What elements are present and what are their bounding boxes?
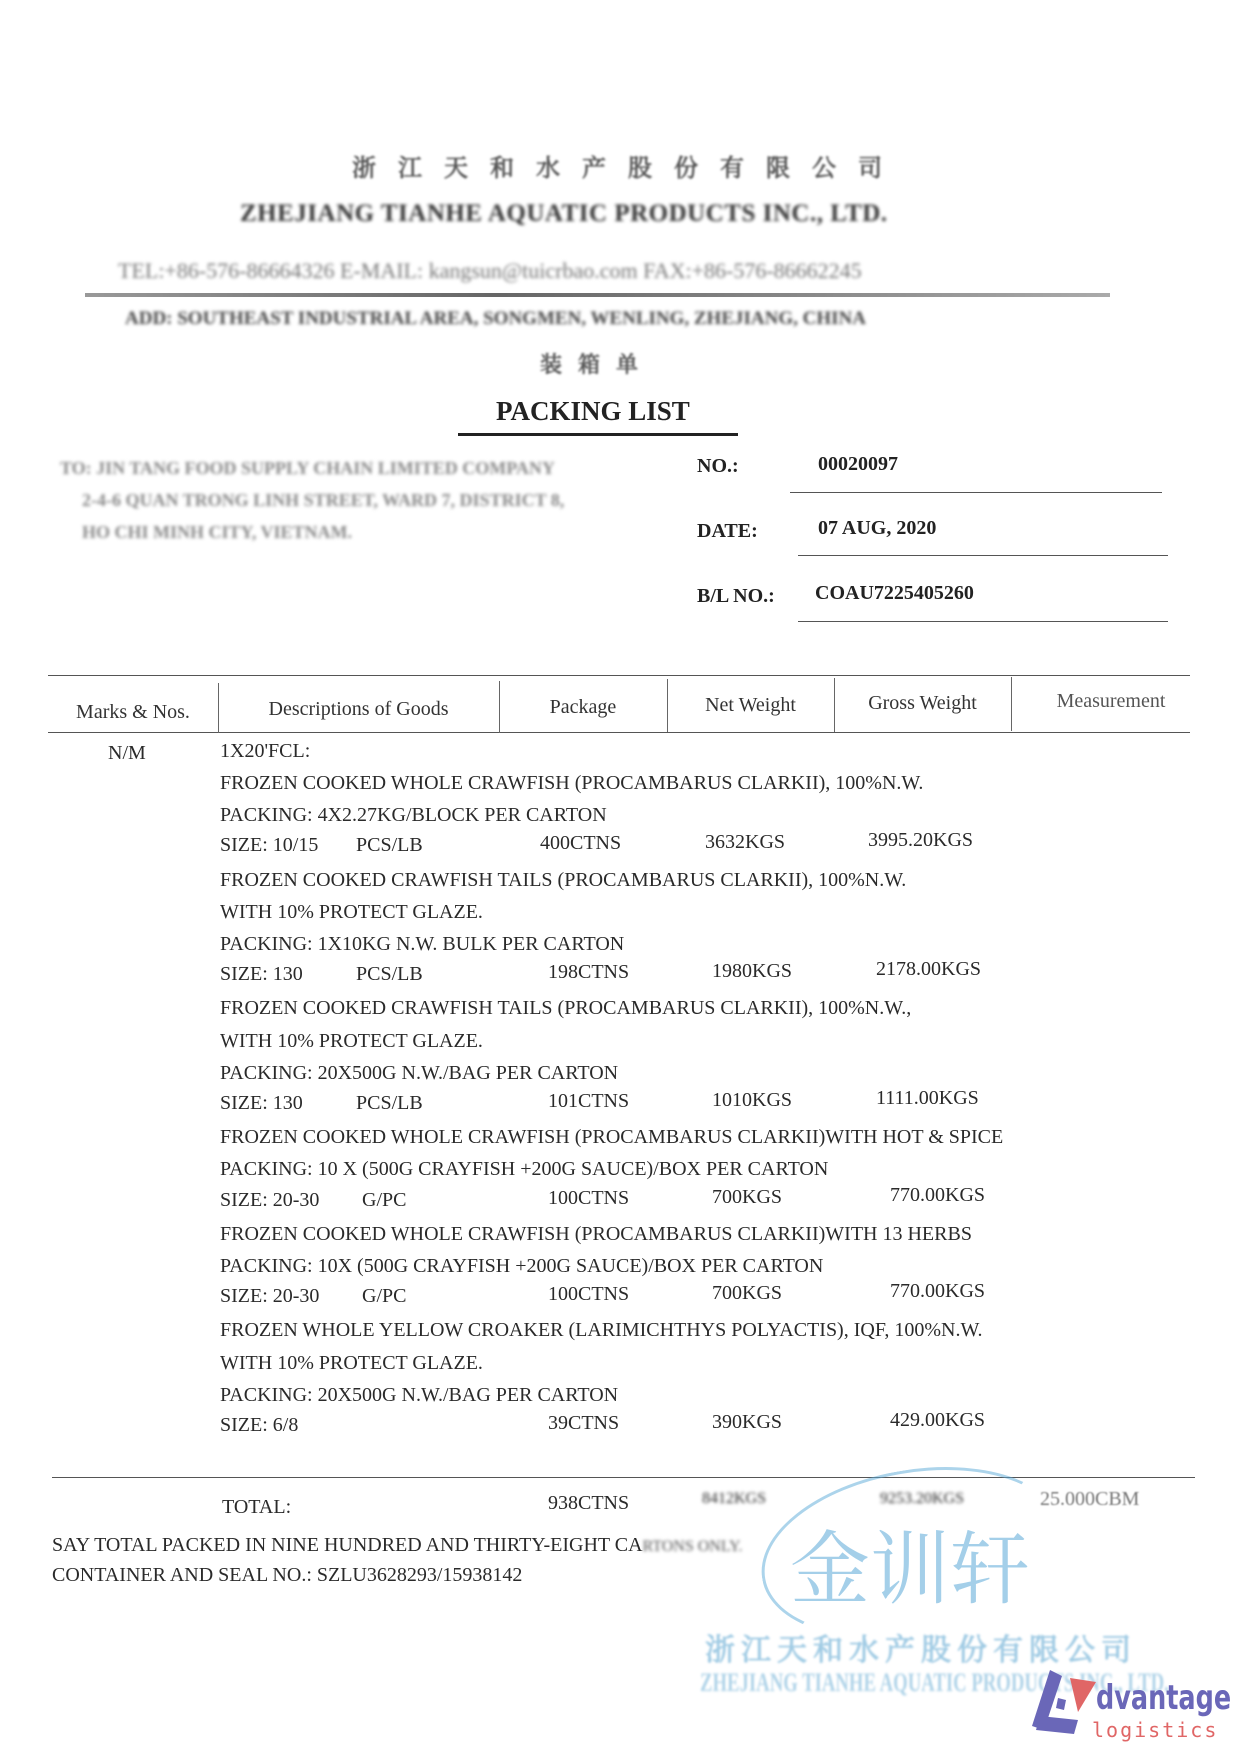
goods-description-line: FROZEN COOKED WHOLE CRAWFISH (PROCAMBARU… xyxy=(220,1223,972,1246)
company-name-cn: 浙江天和水产股份有限公司 xyxy=(352,148,904,183)
goods-package: 400CTNS xyxy=(540,832,621,855)
goods-description-line: PACKING: 10 X (500G CRAYFISH +200G SAUCE… xyxy=(220,1158,828,1181)
goods-size: SIZE: 130 xyxy=(220,1092,303,1115)
goods-description-line: FROZEN COOKED WHOLE CRAWFISH (PROCAMBARU… xyxy=(220,1126,1003,1149)
consignee-line: 2-4-6 QUAN TRONG LINH STREET, WARD 7, DI… xyxy=(82,490,564,511)
marks-value: N/M xyxy=(108,742,146,765)
goods-size-unit: G/PC xyxy=(362,1189,406,1212)
bl-value: COAU7225405260 xyxy=(815,582,974,605)
doc-title-cn: 装箱单 xyxy=(540,348,654,379)
title-underline xyxy=(458,433,738,436)
goods-net-weight: 390KGS xyxy=(712,1411,782,1434)
logo-word: dvantage xyxy=(1096,1678,1231,1718)
goods-net-weight: 1980KGS xyxy=(712,960,792,983)
bl-label: B/L NO.: xyxy=(697,585,775,608)
goods-description-line: PACKING: 20X500G N.W./BAG PER CARTON xyxy=(220,1384,618,1407)
logo-sub: logistics xyxy=(1092,1718,1218,1742)
total-net-weight: 8412KGS xyxy=(702,1490,766,1508)
goods-description-line: PACKING: 1X10KG N.W. BULK PER CARTON xyxy=(220,933,624,956)
consignee-line: HO CHI MINH CITY, VIETNAM. xyxy=(82,522,352,543)
no-value: 00020097 xyxy=(818,453,898,476)
goods-size: SIZE: 20-30 xyxy=(220,1285,319,1308)
company-contact: TEL:+86-576-86664326 E-MAIL: kangsun@tui… xyxy=(118,258,862,284)
col-header-package: Package xyxy=(499,696,667,719)
goods-description-line: PACKING: 20X500G N.W./BAG PER CARTON xyxy=(220,1062,618,1085)
date-label: DATE: xyxy=(697,520,758,543)
goods-description-line: FROZEN COOKED CRAWFISH TAILS (PROCAMBARU… xyxy=(220,997,911,1020)
signature: 金训轩 xyxy=(790,1505,1030,1620)
goods-package: 100CTNS xyxy=(548,1283,629,1306)
goods-gross-weight: 1111.00KGS xyxy=(876,1087,979,1110)
goods-description-line: WITH 10% PROTECT GLAZE. xyxy=(220,1030,483,1053)
goods-description-line: FROZEN COOKED WHOLE CRAWFISH (PROCAMBARU… xyxy=(220,772,923,795)
goods-size: SIZE: 130 xyxy=(220,963,303,986)
consignee-line: TO: JIN TANG FOOD SUPPLY CHAIN LIMITED C… xyxy=(60,458,555,479)
goods-gross-weight: 770.00KGS xyxy=(890,1280,985,1303)
company-name-en: ZHEJIANG TIANHE AQUATIC PRODUCTS INC., L… xyxy=(240,200,888,228)
say-total-text: SAY TOTAL PACKED IN NINE HUNDRED AND THI… xyxy=(52,1534,643,1556)
goods-net-weight: 3632KGS xyxy=(705,831,785,854)
col-header-marks: Marks & Nos. xyxy=(48,701,218,724)
totals-divider xyxy=(52,1477,1195,1478)
goods-gross-weight: 3995.20KGS xyxy=(868,829,973,852)
goods-package: 198CTNS xyxy=(548,961,629,984)
goods-gross-weight: 2178.00KGS xyxy=(876,958,981,981)
goods-net-weight: 700KGS xyxy=(712,1186,782,1209)
goods-package: 101CTNS xyxy=(548,1090,629,1113)
goods-description-line: PACKING: 10X (500G CRAYFISH +200G SAUCE)… xyxy=(220,1255,823,1278)
goods-gross-weight: 770.00KGS xyxy=(890,1184,985,1207)
goods-package: 100CTNS xyxy=(548,1187,629,1210)
col-header-description: Descriptions of Goods xyxy=(218,698,499,721)
table-top-border xyxy=(48,675,1190,676)
date-value: 07 AUG, 2020 xyxy=(818,517,936,540)
doc-title: PACKING LIST xyxy=(496,396,690,427)
company-stamp-cn: 浙江天和水产股份有限公司 xyxy=(705,1625,1137,1669)
container-seal-no: CONTAINER AND SEAL NO.: SZLU3628293/1593… xyxy=(52,1564,522,1587)
container-type: 1X20'FCL: xyxy=(220,740,310,763)
goods-size: SIZE: 6/8 xyxy=(220,1414,298,1437)
no-label: NO.: xyxy=(697,455,739,478)
col-header-gross-weight: Gross Weight xyxy=(834,692,1011,715)
goods-description-line: WITH 10% PROTECT GLAZE. xyxy=(220,1352,483,1375)
say-total-blurred: RTONS ONLY. xyxy=(643,1538,743,1555)
goods-description-line: PACKING: 4X2.27KG/BLOCK PER CARTON xyxy=(220,804,607,827)
goods-gross-weight: 429.00KGS xyxy=(890,1409,985,1432)
goods-size-unit: PCS/LB xyxy=(356,963,423,986)
col-header-measurement: Measurement xyxy=(1011,690,1211,713)
total-label: TOTAL: xyxy=(222,1496,291,1519)
say-total: SAY TOTAL PACKED IN NINE HUNDRED AND THI… xyxy=(52,1534,743,1557)
total-package: 938CTNS xyxy=(548,1492,629,1515)
table-header-bottom-border xyxy=(48,732,1190,733)
goods-description-line: FROZEN COOKED CRAWFISH TAILS (PROCAMBARU… xyxy=(220,869,906,892)
date-underline xyxy=(798,555,1168,556)
goods-size-unit: PCS/LB xyxy=(356,1092,423,1115)
goods-description-line: WITH 10% PROTECT GLAZE. xyxy=(220,901,483,924)
goods-net-weight: 700KGS xyxy=(712,1282,782,1305)
goods-size: SIZE: 10/15 xyxy=(220,834,318,857)
goods-net-weight: 1010KGS xyxy=(712,1089,792,1112)
goods-package: 39CTNS xyxy=(548,1412,619,1435)
goods-size-unit: G/PC xyxy=(362,1285,406,1308)
logo-a-icon xyxy=(1030,1668,1100,1738)
header-divider xyxy=(85,293,1110,297)
goods-size: SIZE: 20-30 xyxy=(220,1189,319,1212)
col-header-net-weight: Net Weight xyxy=(667,694,834,717)
no-underline xyxy=(790,492,1162,493)
bl-underline xyxy=(798,621,1168,622)
goods-size-unit: PCS/LB xyxy=(356,834,423,857)
company-address: ADD: SOUTHEAST INDUSTRIAL AREA, SONGMEN,… xyxy=(125,308,866,330)
goods-description-line: FROZEN WHOLE YELLOW CROAKER (LARIMICHTHY… xyxy=(220,1319,983,1342)
